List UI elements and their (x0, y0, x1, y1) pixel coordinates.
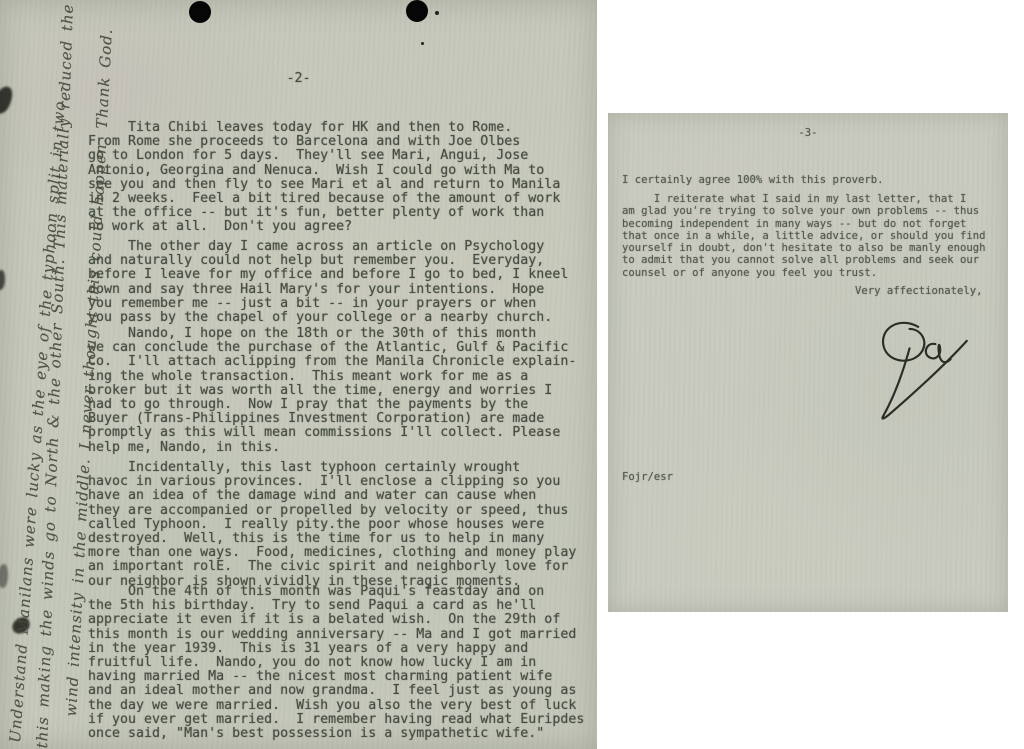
ink-smudge (0, 564, 8, 588)
scanned-letter-pages: -2- Understand Manilans were lucky as th… (0, 0, 1024, 749)
page-number-2: -2- (0, 72, 597, 86)
letter-page-2: -2- Understand Manilans were lucky as th… (0, 0, 597, 749)
typist-initials: Fojr/esr (622, 471, 673, 483)
ink-speck (421, 42, 424, 45)
paragraph-tita-chibi-travel: Tita Chibi leaves today for HK and then … (88, 121, 560, 235)
ink-speck (435, 11, 439, 15)
punch-hole-left (189, 1, 211, 23)
page-number-3: -3- (608, 127, 1008, 139)
proverb-agreement-line: I certainly agree 100% with this proverb… (622, 174, 884, 186)
ink-smudge (0, 84, 14, 115)
closing-valediction: Very affectionately, (855, 285, 983, 297)
paragraph-anniversary: On the 4th of this month was Paqui's fea… (88, 585, 584, 741)
paragraph-advice: I reiterate what I said in my last lette… (622, 193, 986, 279)
paragraph-psychology-article: The other day I came across an article o… (88, 240, 568, 325)
ink-smudge (0, 270, 5, 290)
paragraph-typhoon: Incidentally, this last typhoon certainl… (88, 461, 576, 589)
punch-hole-right (406, 0, 428, 22)
paragraph-atlantic-gulf-pacific: Nando, I hope on the 18th or the 30th of… (88, 327, 576, 455)
letter-page-3: -3- I certainly agree 100% with this pro… (608, 113, 1008, 612)
signature-pa (860, 316, 972, 424)
